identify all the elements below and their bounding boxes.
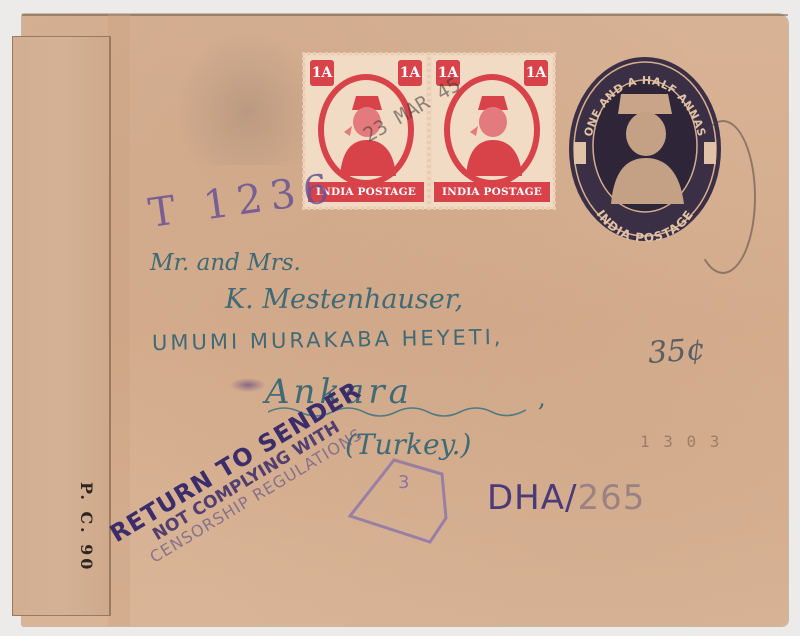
stamp-value: 1A: [398, 60, 422, 86]
pentagon-icon: [346, 456, 450, 546]
address-line-2: K. Mestenhauser,: [225, 284, 463, 315]
dha-prefix: DHA/: [487, 478, 577, 518]
address-line-1: Mr. and Mrs.: [150, 250, 301, 276]
censor-number: 3: [398, 472, 409, 493]
envelope-edge: [22, 14, 788, 16]
faint-date-mark: 1 3 0 3: [640, 432, 721, 451]
censor-triangle-mark: [346, 456, 450, 546]
censor-tape-label: P. C. 90: [0, 482, 36, 542]
address-punctuation: ,: [538, 384, 546, 412]
ink-blot: [230, 378, 266, 392]
stamp-value: 1A: [310, 60, 334, 86]
dha-suffix: 265: [577, 478, 645, 518]
pencil-price-note: 35¢: [647, 332, 707, 371]
dha-censor-stamp: DHA/265: [487, 478, 645, 518]
postmark-ring: [690, 120, 756, 274]
postmark-smudge: [175, 30, 320, 165]
